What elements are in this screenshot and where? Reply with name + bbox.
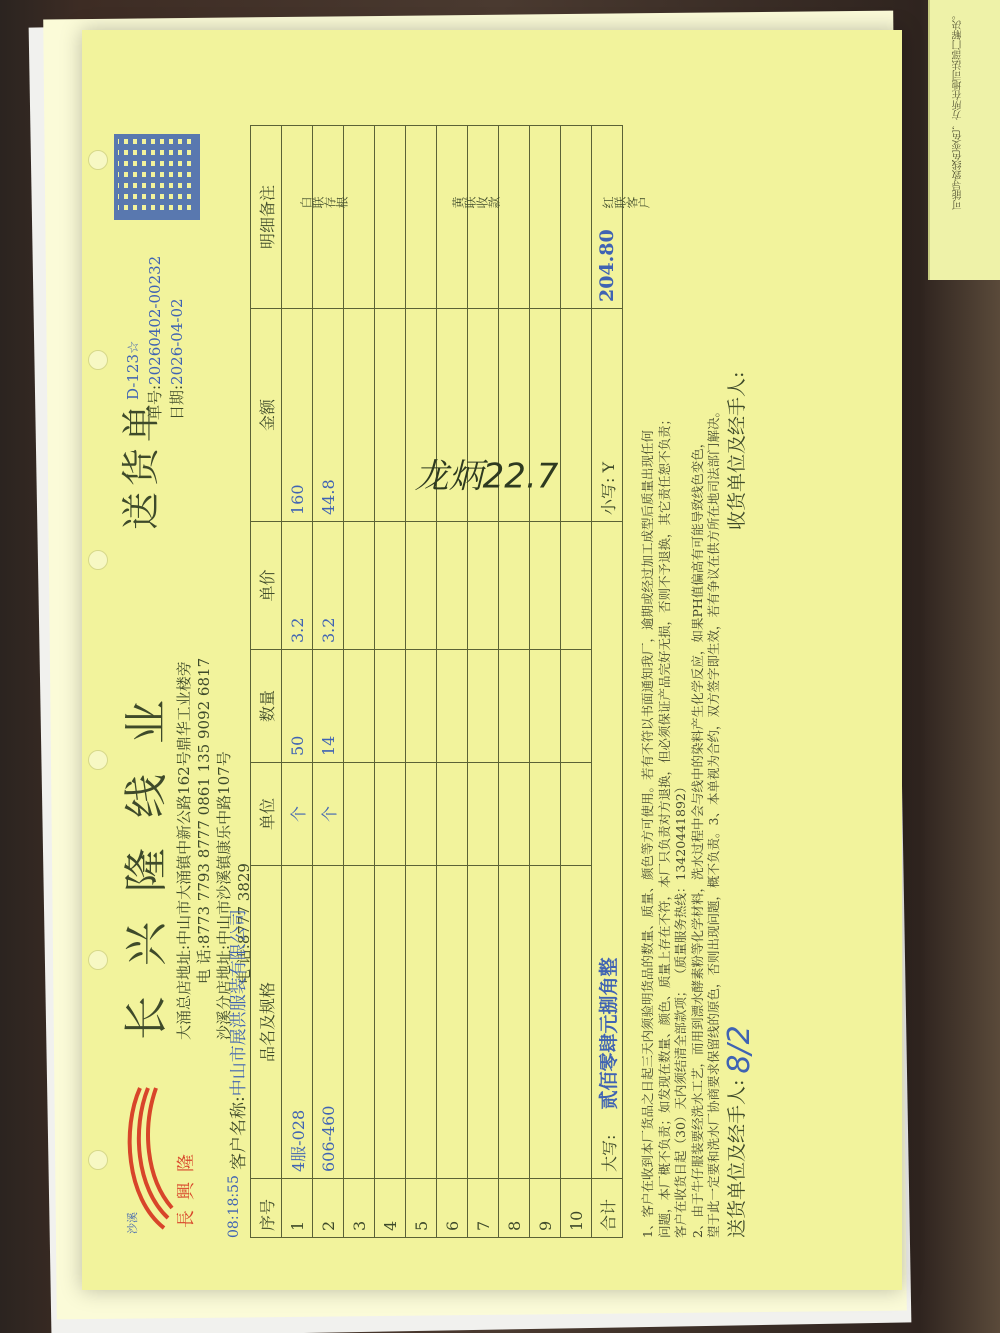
row-name: 4服-028 bbox=[282, 866, 313, 1179]
head-office-phone: 8773 7793 8777 0861 135 9092 6817 bbox=[195, 658, 213, 944]
row-price: 3.2 bbox=[313, 522, 344, 650]
items-table: 序号 品名及规格 单位 数量 单价 金额 明细备注 1 4服-028 个 50 … bbox=[250, 125, 623, 1238]
terms-line: 客户在收货日起（30）天内须结清全部款项； （质量服务热线：1342044189… bbox=[673, 138, 690, 1238]
punch-hole bbox=[88, 550, 108, 570]
form-code: D-123☆ bbox=[122, 256, 144, 420]
total-uppercase-cell: 大写: 贰佰零肆元捌角整 bbox=[592, 522, 623, 1179]
terms-line: 望于此一定要和洗水厂协商要求保留线的原色，否则出现问题，概不负责。3、本单视为合… bbox=[706, 138, 723, 1238]
order-no-label: 单号: bbox=[146, 385, 164, 420]
row-name: 606-460 bbox=[313, 866, 344, 1179]
adjacent-receipt-edge: 可能导致线色变色，方所在地司法部门解决。 bbox=[928, 0, 1000, 280]
table-row: 1 4服-028 个 50 3.2 160 bbox=[282, 126, 313, 1238]
delivery-note-rotated: 沙溪 長興隆 长兴隆线业 送货单 大涌总店地址:中山市大涌镇中新公路162号鼎华… bbox=[82, 30, 902, 1290]
head-office-address: 中山市大涌镇中新公路162号鼎华工业楼旁 bbox=[175, 661, 193, 945]
row-unit: 个 bbox=[313, 763, 344, 866]
punch-hole bbox=[88, 950, 108, 970]
row-amount: 160 bbox=[282, 309, 313, 522]
row-unit: 个 bbox=[282, 763, 313, 866]
total-row: 合计 大写: 贰佰零肆元捌角整 小写: Y 204.80 bbox=[592, 126, 623, 1238]
header-note: 明细备注 bbox=[251, 126, 282, 309]
punch-hole bbox=[88, 1150, 108, 1170]
row-no: 6 bbox=[437, 1179, 468, 1238]
adjacent-receipt-text: 可能导致线色变色，方所在地司法部门解决。 bbox=[952, 10, 965, 210]
row-no: 3 bbox=[344, 1179, 375, 1238]
row-amount: 44.8 bbox=[313, 309, 344, 522]
head-office-phone-label: 电 话: bbox=[195, 944, 213, 984]
customer-line: 客户名称:中山市展洪服装有限公司 bbox=[224, 909, 249, 1170]
header-unit: 单位 bbox=[251, 763, 282, 866]
row-no: 10 bbox=[561, 1179, 592, 1238]
row-no: 2 bbox=[313, 1179, 344, 1238]
punch-hole bbox=[88, 350, 108, 370]
customer-name: 中山市展洪服装有限公司 bbox=[229, 909, 249, 1096]
customer-label: 客户名称: bbox=[229, 1096, 249, 1170]
table-row: 3 bbox=[344, 126, 375, 1238]
uppercase-label: 大写: bbox=[600, 1135, 619, 1172]
terms-and-conditions: 1、客户在收到本厂货品之日起三天内须验明货品的数量、质量、颜色等方可使用。若有不… bbox=[640, 138, 723, 1238]
terms-line: 问题，本厂概不负责；如发现在数量、颜色、质量上存在不符，本厂只负责对方退换，但必… bbox=[657, 138, 674, 1238]
table-header-row: 序号 品名及规格 单位 数量 单价 金额 明细备注 bbox=[251, 126, 282, 1238]
order-meta: D-123☆ 单号:20260402-00232 日期:2026-04-02 bbox=[122, 256, 188, 420]
head-office-address-label: 大涌总店地址: bbox=[175, 945, 193, 1040]
uppercase-amount: 贰佰零肆元捌角整 bbox=[598, 957, 620, 1109]
table-row: 10 bbox=[561, 126, 592, 1238]
punch-hole bbox=[88, 750, 108, 770]
header-price: 单价 bbox=[251, 522, 282, 650]
logo-small-text: 沙溪 bbox=[124, 1212, 140, 1234]
header-qty: 数量 bbox=[251, 650, 282, 763]
table-row: 5 bbox=[406, 126, 437, 1238]
row-no: 1 bbox=[282, 1179, 313, 1238]
table-row: 6 bbox=[437, 126, 468, 1238]
row-note bbox=[313, 126, 344, 309]
receiver-label: 收货单位及经手人: bbox=[726, 372, 748, 530]
row-note bbox=[282, 126, 313, 309]
company-logo: 沙溪 長興隆 bbox=[120, 1068, 200, 1238]
copy-label-yellow: 黄联收款 bbox=[452, 196, 500, 210]
lowercase-label: 小写: Y bbox=[592, 309, 623, 522]
header-no: 序号 bbox=[251, 1179, 282, 1238]
sender-handwritten-mark: 8/2 bbox=[722, 1025, 757, 1073]
receiver-signature-line: 收货单位及经手人: bbox=[722, 372, 749, 530]
row-qty: 14 bbox=[313, 650, 344, 763]
row-no: 5 bbox=[406, 1179, 437, 1238]
copy-label-white: 白联存根 bbox=[300, 196, 348, 210]
sender-label: 送货单位及经手人: bbox=[726, 1080, 748, 1238]
punch-hole bbox=[88, 150, 108, 170]
delivery-note: 沙溪 長興隆 长兴隆线业 送货单 大涌总店地址:中山市大涌镇中新公路162号鼎华… bbox=[82, 30, 902, 1290]
table-row: 2 606-460 个 14 3.2 44.8 bbox=[313, 126, 344, 1238]
row-price: 3.2 bbox=[282, 522, 313, 650]
sender-signature-line: 送货单位及经手人: 8/2 bbox=[722, 1080, 749, 1238]
date-label: 日期: bbox=[168, 385, 186, 420]
row-no: 8 bbox=[499, 1179, 530, 1238]
table-row: 7 bbox=[468, 126, 499, 1238]
row-no: 7 bbox=[468, 1179, 499, 1238]
order-no: 20260402-00232 bbox=[146, 256, 164, 385]
tractor-feed-holes bbox=[82, 30, 112, 1290]
row-no: 9 bbox=[530, 1179, 561, 1238]
company-name: 长兴隆线业 bbox=[110, 670, 174, 1040]
handwritten-signature: 龙炳22.7 bbox=[415, 449, 559, 498]
table-row: 4 bbox=[375, 126, 406, 1238]
table-row: 9 bbox=[530, 126, 561, 1238]
qr-code-icon bbox=[114, 134, 200, 220]
total-amount: 204.80 bbox=[592, 126, 623, 309]
header-name: 品名及规格 bbox=[251, 866, 282, 1179]
header-amount: 金额 bbox=[251, 309, 282, 522]
row-no: 4 bbox=[375, 1179, 406, 1238]
total-label: 合计 bbox=[592, 1179, 623, 1238]
print-time: 08:18:55 bbox=[226, 1175, 242, 1238]
logo-brand-text: 長興隆 bbox=[172, 1144, 198, 1228]
row-qty: 50 bbox=[282, 650, 313, 763]
table-row: 8 bbox=[499, 126, 530, 1238]
terms-line: 2、由于牛仔服装要经洗水工艺，而用到漂水酵素粉等化学材料，洗水过程中会与线中的染… bbox=[690, 138, 707, 1238]
order-date: 2026-04-02 bbox=[168, 298, 186, 384]
terms-line: 1、客户在收到本厂货品之日起三天内须验明货品的数量、质量、颜色等方可使用。若有不… bbox=[640, 138, 657, 1238]
